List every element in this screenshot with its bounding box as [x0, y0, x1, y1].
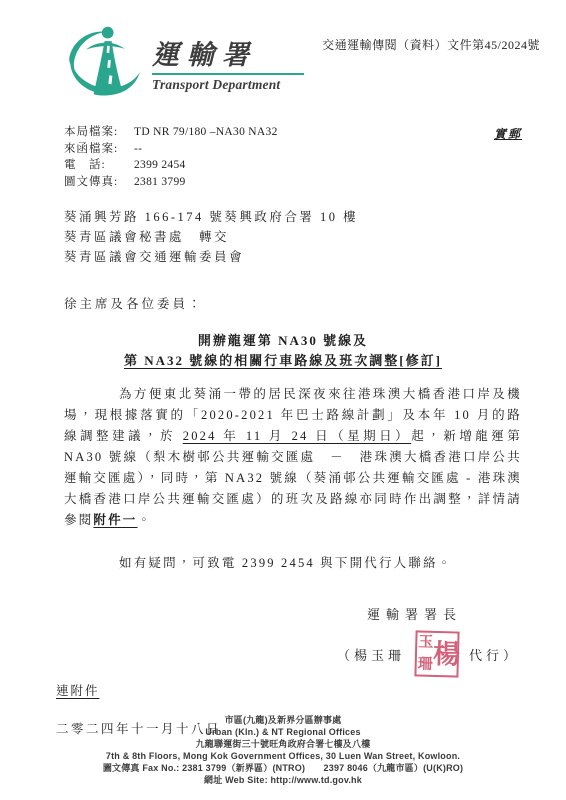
delivery-method-label: 實郵 — [494, 125, 522, 142]
file-row-fax: 圖文傳真: 2381 3799 — [64, 174, 278, 191]
salutation: 徐主席及各位委員： — [0, 267, 566, 312]
transport-department-logo: 運輸署 Transport Department — [64, 24, 304, 102]
para1-text: 。 — [138, 513, 153, 527]
footer-website: 網址 Web Site: http://www.td.gov.hk — [0, 774, 566, 786]
recipient-address: 葵涌興芳路 166-174 號葵興政府合署 10 樓 葵青區議會秘書處 轉交 葵… — [0, 190, 566, 267]
file-row-telephone: 電 話: 2399 2454 — [64, 157, 278, 174]
signature-block: 運輸署署長 （楊玉珊 玉 珊 楊 代行） — [0, 604, 520, 677]
attachment-reference: 附件一 — [93, 513, 137, 527]
file-reference-table: 本局檔案: TD NR 79/180 –NA30 NA32 來函檔案: -- 電… — [64, 124, 278, 190]
footer-fax-numbers: 圖文傳真 Fax No.: 2381 3799（新界區）(NTRO) 2397 … — [0, 762, 566, 774]
logo-name-english: Transport Department — [152, 77, 304, 93]
footer-address-english: 7th & 8th Floors, Mong Kok Government Of… — [0, 750, 566, 762]
file-value: -- — [134, 141, 142, 158]
footer-address-chinese: 九龍聯運街三十號旺角政府合署七樓及八樓 — [0, 738, 566, 750]
logo-name-chinese: 運輸署 — [152, 40, 304, 71]
letter-header: 運輸署 Transport Department 交通運輸傳閱（資料）文件第45… — [0, 0, 566, 102]
file-reference-section: 本局檔案: TD NR 79/180 –NA30 NA32 來函檔案: -- 電… — [0, 102, 566, 190]
file-label: 電 話: — [64, 157, 134, 174]
logo-text: 運輸署 Transport Department — [152, 40, 304, 93]
file-value: TD NR 79/180 –NA30 NA32 — [134, 124, 278, 141]
file-label: 圖文傳真: — [64, 174, 134, 191]
logo-divider — [152, 73, 304, 75]
file-value: 2399 2454 — [134, 157, 186, 174]
signature-line: （楊玉珊 玉 珊 楊 代行） — [337, 631, 520, 677]
name-seal-stamp: 玉 珊 楊 — [414, 630, 459, 677]
address-line: 葵涌興芳路 166-174 號葵興政府合署 10 樓 — [64, 207, 522, 227]
body-paragraph-2: 如有疑問，可致電 2399 2454 與下開代行人聯絡。 — [64, 553, 522, 574]
file-label: 本局檔案: — [64, 124, 134, 141]
circulation-document-number: 交通運輸傳閱（資料）文件第45/2024號 — [322, 36, 540, 53]
signer-title: 運輸署署長 — [367, 604, 462, 623]
seal-left-column: 玉 珊 — [417, 634, 433, 674]
body-paragraph-1: 為方便東北葵涌一帶的居民深夜來往港珠澳大橋香港口岸及機場，現根據落實的「2020… — [64, 384, 522, 531]
office-footer: 市區(九龍)及新界分區辦事處 Urban (Kln.) & NT Regiona… — [0, 714, 566, 786]
subject-heading: 開辦龍運第 NA30 號線及 第 NA32 號線的相關行車路線及班次調整[修訂] — [0, 331, 566, 371]
transport-department-logo-icon — [64, 24, 142, 102]
signed-for-label: 代行） — [469, 645, 520, 664]
seal-right-column: 楊 — [432, 634, 460, 675]
seal-character: 珊 — [417, 656, 432, 674]
subject-line-2: 第 NA32 號線的相關行車路線及班次調整[修訂] — [0, 351, 566, 371]
footer-office-english: Urban (Kln.) & NT Regional Offices — [0, 726, 566, 738]
subject-line-1: 開辦龍運第 NA30 號線及 — [0, 331, 566, 351]
effective-date: 2024 年 11 月 24 日（星期日） — [183, 429, 411, 443]
file-value: 2381 3799 — [134, 174, 186, 191]
seal-character: 玉 — [418, 634, 433, 652]
address-line: 葵青區議會秘書處 轉交 — [64, 227, 522, 247]
file-row-your-ref: 來函檔案: -- — [64, 141, 278, 158]
signer-name: （楊玉珊 — [337, 645, 405, 664]
enclosure-note: 連附件 — [56, 681, 566, 699]
address-line: 葵青區議會交通運輸委員會 — [64, 247, 522, 267]
letter-page: 運輸署 Transport Department 交通運輸傳閱（資料）文件第45… — [0, 0, 566, 800]
footer-office-chinese: 市區(九龍)及新界分區辦事處 — [0, 714, 566, 726]
file-label: 來函檔案: — [64, 141, 134, 158]
file-row-our-ref: 本局檔案: TD NR 79/180 –NA30 NA32 — [64, 124, 278, 141]
